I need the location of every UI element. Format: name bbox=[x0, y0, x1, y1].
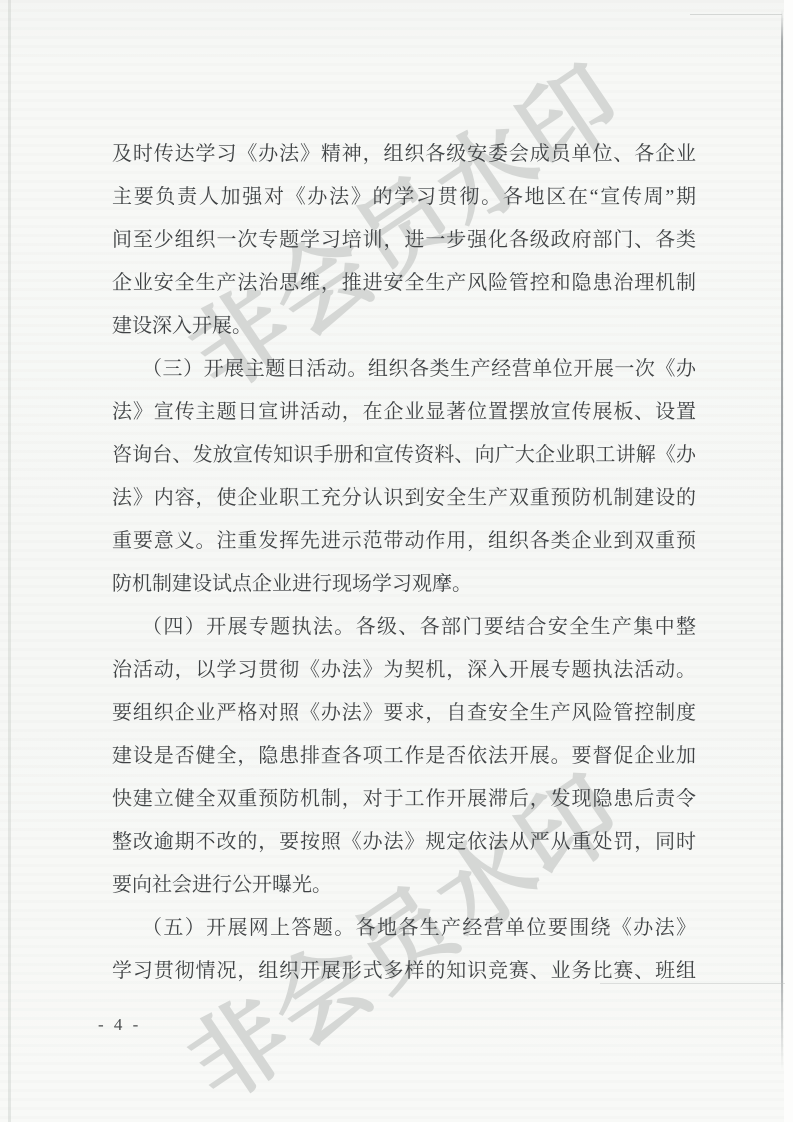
paragraph: 及时传达学习《办法》精神，组织各级安委会成员单位、各企业 主要负责人加强对《办法… bbox=[112, 133, 696, 348]
text-line: 治活动，以学习贯彻《办法》为契机，深入开展专题执法活动。 bbox=[112, 649, 696, 692]
text-line: 咨询台、发放宣传知识手册和宣传资料、向广大企业职工讲解《办 bbox=[112, 434, 696, 477]
text-line: （五）开展网上答题。各地各生产经营单位要围绕《办法》 bbox=[112, 907, 696, 950]
text-line: 法》内容，使企业职工充分认识到安全生产双重预防机制建设的 bbox=[112, 477, 696, 520]
paragraph: （五）开展网上答题。各地各生产经营单位要围绕《办法》 学习贯彻情况，组织开展形式… bbox=[112, 907, 696, 993]
scanned-document-page: 非会员水印 非会员水印 及时传达学习《办法》精神，组织各级安委会成员单位、各企业… bbox=[0, 0, 793, 1122]
scan-edge-line-left bbox=[8, 0, 11, 1122]
text-line: （三）开展主题日活动。组织各类生产经营单位开展一次《办 bbox=[112, 348, 696, 391]
text-line: 重要意义。注重发挥先进示范带动作用，组织各类企业到双重预 bbox=[112, 520, 696, 563]
text-line: 间至少组织一次专题学习培训，进一步强化各级政府部门、各类 bbox=[112, 219, 696, 262]
document-body: 及时传达学习《办法》精神，组织各级安委会成员单位、各企业 主要负责人加强对《办法… bbox=[112, 133, 696, 993]
text-line: 法》宣传主题日宣讲活动，在企业显著位置摆放宣传展板、设置 bbox=[112, 391, 696, 434]
text-line: 要向社会进行公开曝光。 bbox=[112, 864, 696, 907]
text-line: 主要负责人加强对《办法》的学习贯彻。各地区在“宣传周”期 bbox=[112, 176, 696, 219]
scan-margin-strip bbox=[784, 0, 793, 1122]
scan-edge-line-top bbox=[690, 14, 782, 15]
scan-edge-line-right bbox=[781, 10, 783, 1070]
text-line: 建设是否健全，隐患排查各项工作是否依法开展。要督促企业加 bbox=[112, 735, 696, 778]
text-line: 要组织企业严格对照《办法》要求，自查安全生产风险管控制度 bbox=[112, 692, 696, 735]
text-line: 快建立健全双重预防机制，对于工作开展滞后，发现隐患后责令 bbox=[112, 778, 696, 821]
text-line: 建设深入开展。 bbox=[112, 305, 696, 348]
text-line: 及时传达学习《办法》精神，组织各级安委会成员单位、各企业 bbox=[112, 133, 696, 176]
text-line: （四）开展专题执法。各级、各部门要结合安全生产集中整 bbox=[112, 606, 696, 649]
text-line: 整改逾期不改的，要按照《办法》规定依法从严从重处罚，同时 bbox=[112, 821, 696, 864]
paragraph: （四）开展专题执法。各级、各部门要结合安全生产集中整 治活动，以学习贯彻《办法》… bbox=[112, 606, 696, 907]
text-line: 企业安全生产法治思维，推进安全生产风险管控和隐患治理机制 bbox=[112, 262, 696, 305]
paragraph: （三）开展主题日活动。组织各类生产经营单位开展一次《办 法》宣传主题日宣讲活动，… bbox=[112, 348, 696, 606]
page-number: - 4 - bbox=[98, 1014, 141, 1036]
text-line: 学习贯彻情况，组织开展形式多样的知识竞赛、业务比赛、班组 bbox=[112, 950, 696, 993]
text-line: 防机制建设试点企业进行现场学习观摩。 bbox=[112, 563, 696, 606]
